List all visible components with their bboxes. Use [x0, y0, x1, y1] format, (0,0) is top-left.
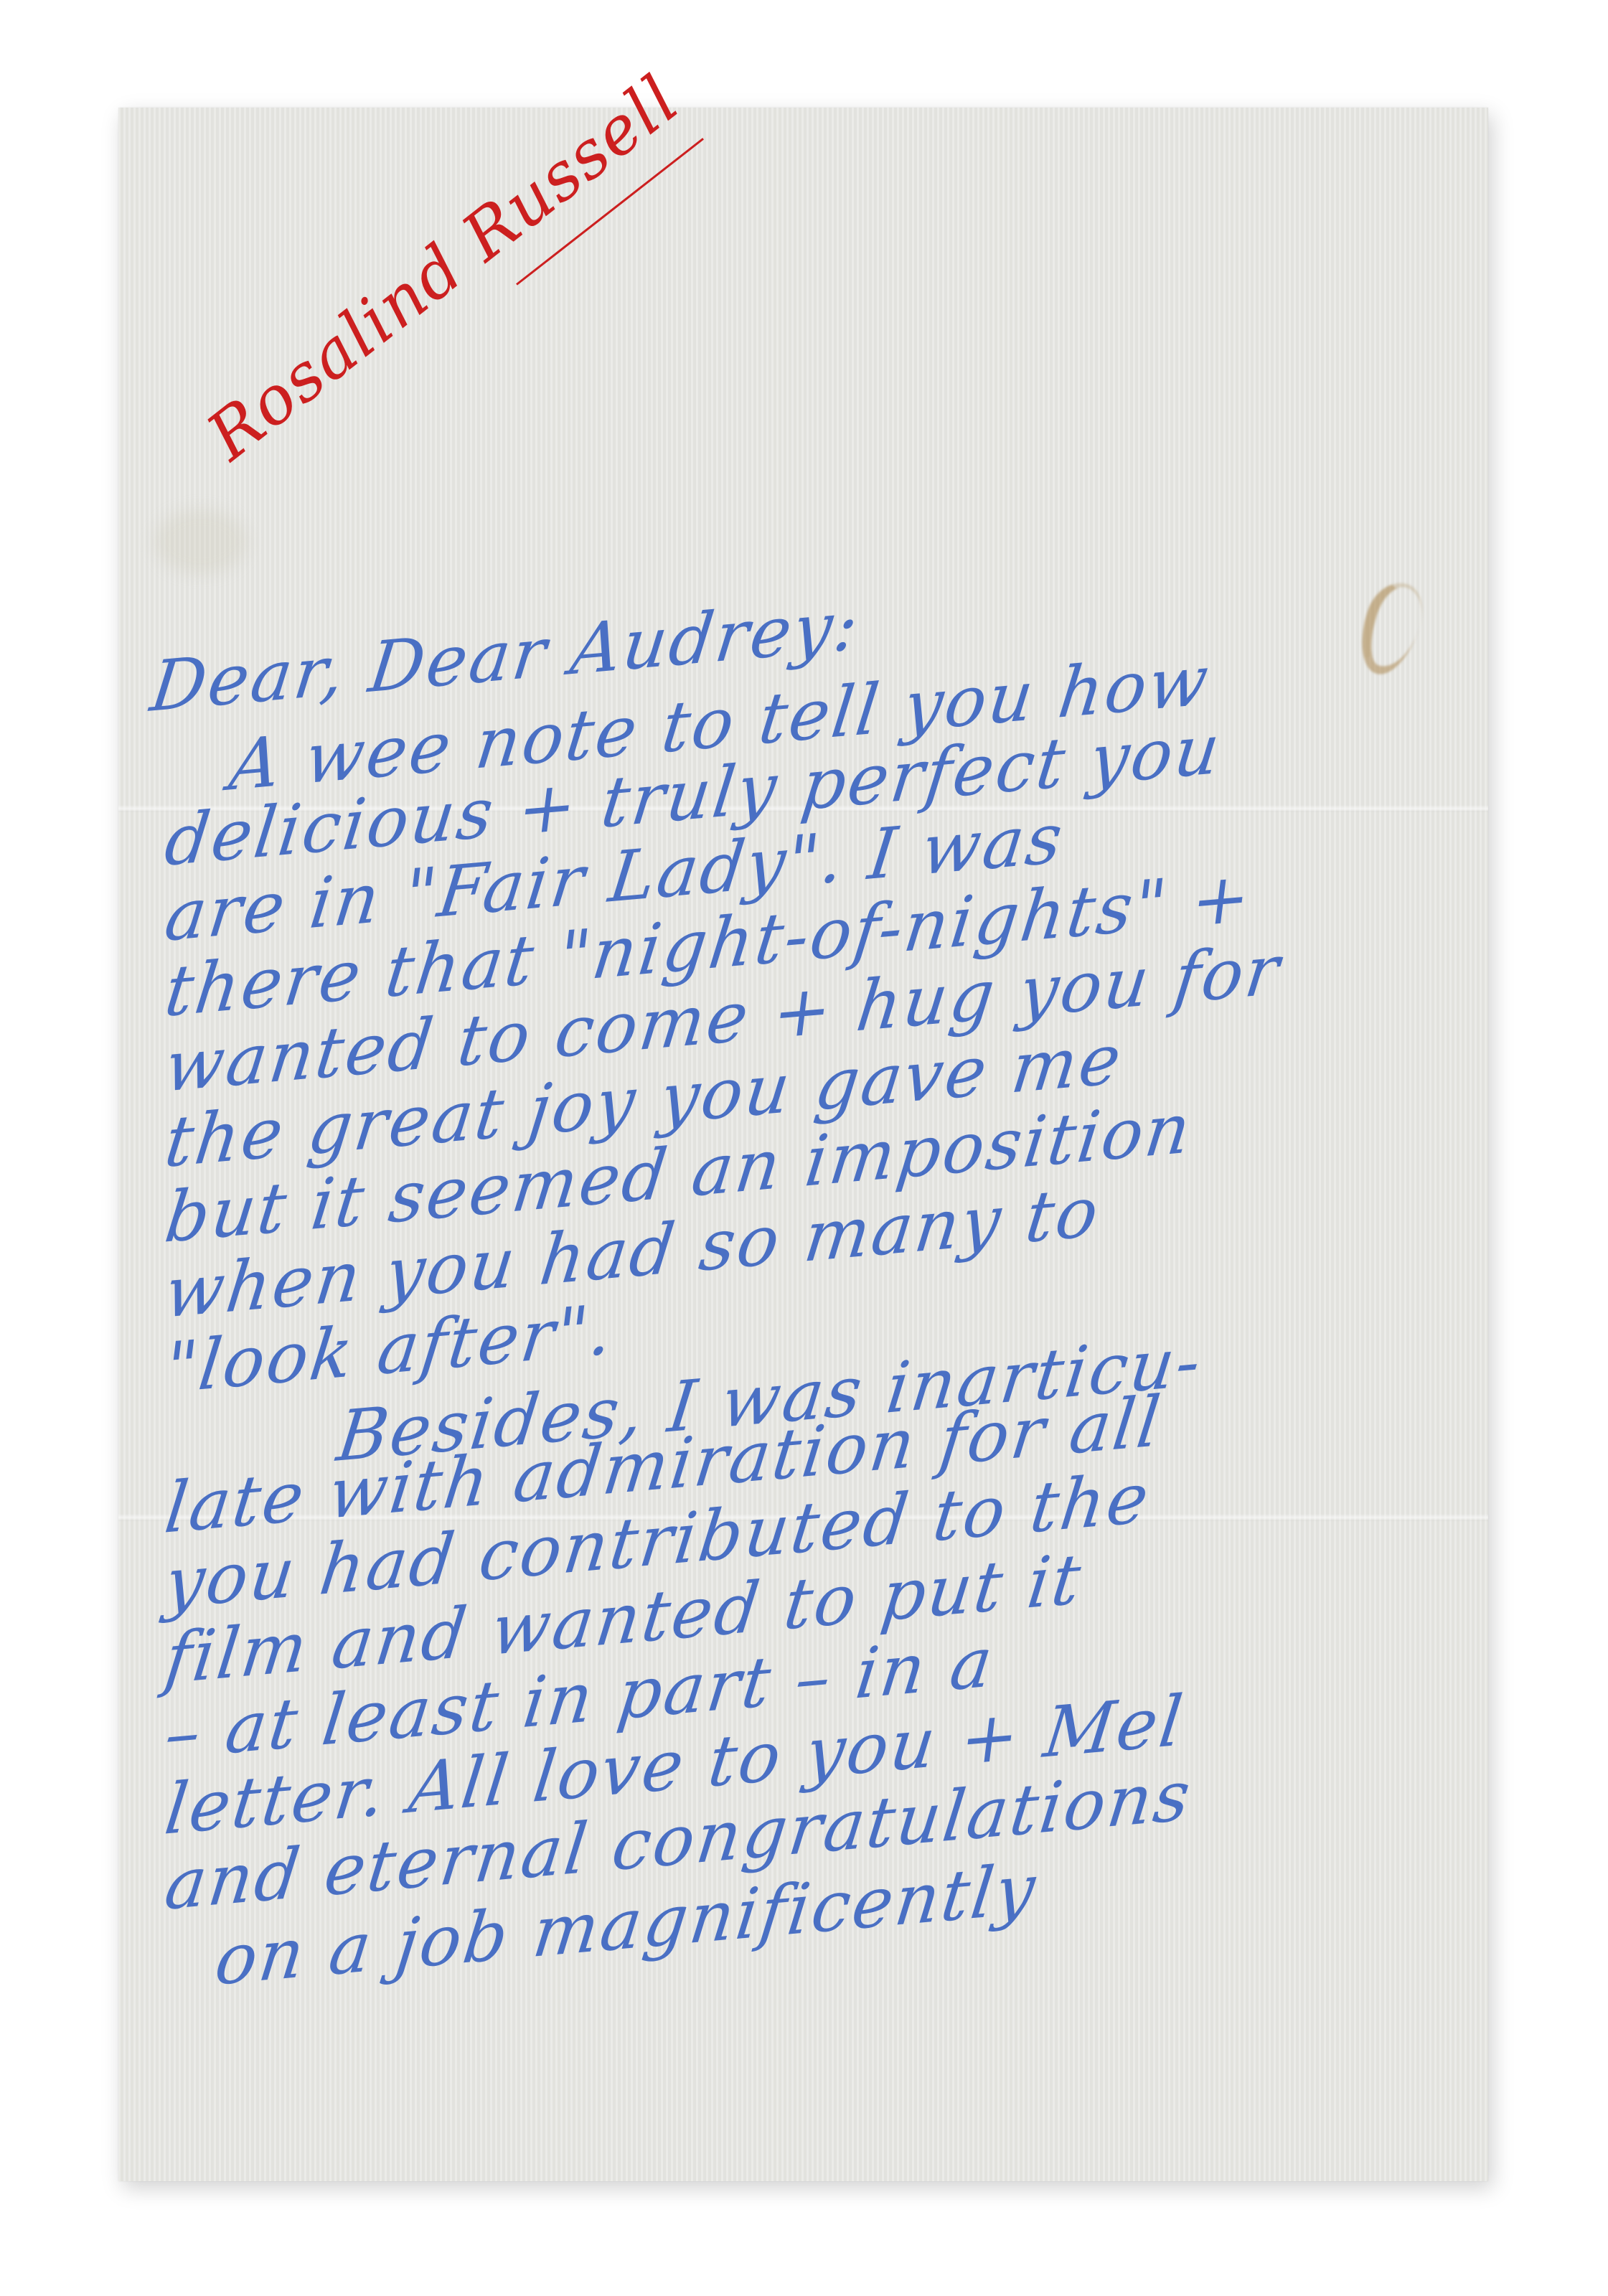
letter-body: Dear, Dear Audrey: A wee note to tell yo…: [118, 108, 1488, 2181]
letter-paper: Rosalind Russell Dear, Dear Audrey: A we…: [118, 108, 1488, 2181]
